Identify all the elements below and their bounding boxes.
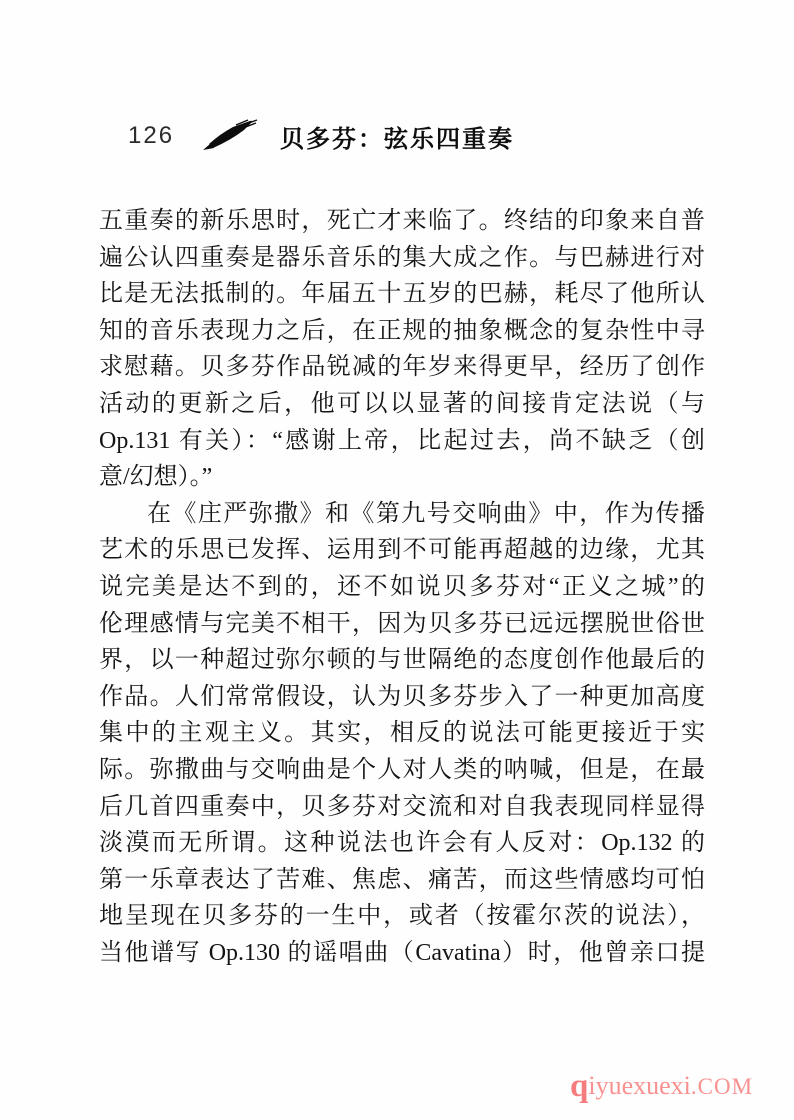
text-line: 艺术的乐思已发挥、运用到不可能再超越的边缘，尤其 [99, 532, 705, 569]
text-line: Op.131 有关）：“感谢上帝，比起过去，尚不缺乏（创 [99, 423, 705, 460]
text-line: 求慰藉。贝多芬作品锐减的年岁来得更早，经历了创作 [99, 349, 705, 386]
pen-icon [200, 119, 260, 153]
text-line: 当他谱写 Op.130 的谣唱曲（Cavatina）时，他曾亲口提 [99, 935, 705, 972]
book-page: 126 贝多芬：弦乐四重奏 五重奏的新乐思时，死亡才来临了。终结的印象来自普 遍… [0, 0, 794, 1120]
text-line: 后几首四重奏中，贝多芬对交流和对自我表现同样显得 [99, 789, 705, 826]
text-line: 比是无法抵制的。年届五十五岁的巴赫，耗尽了他所认 [99, 276, 705, 313]
page-number: 126 [128, 122, 174, 150]
body-text: 五重奏的新乐思时，死亡才来临了。终结的印象来自普 遍公认四重奏是器乐音乐的集大成… [99, 203, 705, 971]
text-line: 际。弥撒曲与交响曲是个人对人类的呐喊，但是，在最 [99, 752, 705, 789]
text-line: 第一乐章表达了苦难、焦虑、痛苦，而这些情感均可怕 [99, 862, 705, 899]
header-title: 贝多芬：弦乐四重奏 [280, 119, 514, 154]
text-line: 淡漠而无所谓。这种说法也许会有人反对：Op.132 的 [99, 825, 705, 862]
watermark-tld: .COM [691, 1074, 753, 1099]
text-line: 知的音乐表现力之后，在正规的抽象概念的复杂性中寻 [99, 313, 705, 350]
watermark-name: iyuexuexi [588, 1071, 691, 1100]
watermark: qiyuexuexi.COM [570, 1068, 753, 1105]
text-line-paragraph-start: 在《庄严弥撒》和《第九号交响曲》中，作为传播 [99, 496, 705, 533]
text-line: 作品。人们常常假设，认为贝多芬步入了一种更加高度 [99, 679, 705, 716]
text-line: 说完美是达不到的，还不如说贝多芬对“正义之城”的 [99, 569, 705, 606]
text-line: 伦理感情与完美不相干，因为贝多芬已远远摆脱世俗世 [99, 606, 705, 643]
text-line: 遍公认四重奏是器乐音乐的集大成之作。与巴赫进行对 [99, 240, 705, 277]
text-line: 意/幻想）。” [99, 459, 705, 496]
text-line: 地呈现在贝多芬的一生中，或者（按霍尔茨的说法）， [99, 898, 705, 935]
watermark-lead: q [570, 1068, 588, 1104]
text-line: 集中的主观主义。其实，相反的说法可能更接近于实 [99, 715, 705, 752]
text-line: 五重奏的新乐思时，死亡才来临了。终结的印象来自普 [99, 203, 705, 240]
text-line: 活动的更新之后，他可以以显著的间接肯定法说（与 [99, 386, 705, 423]
text-line: 界，以一种超过弥尔顿的与世隔绝的态度创作他最后的 [99, 642, 705, 679]
page-header: 126 贝多芬：弦乐四重奏 [128, 118, 514, 154]
